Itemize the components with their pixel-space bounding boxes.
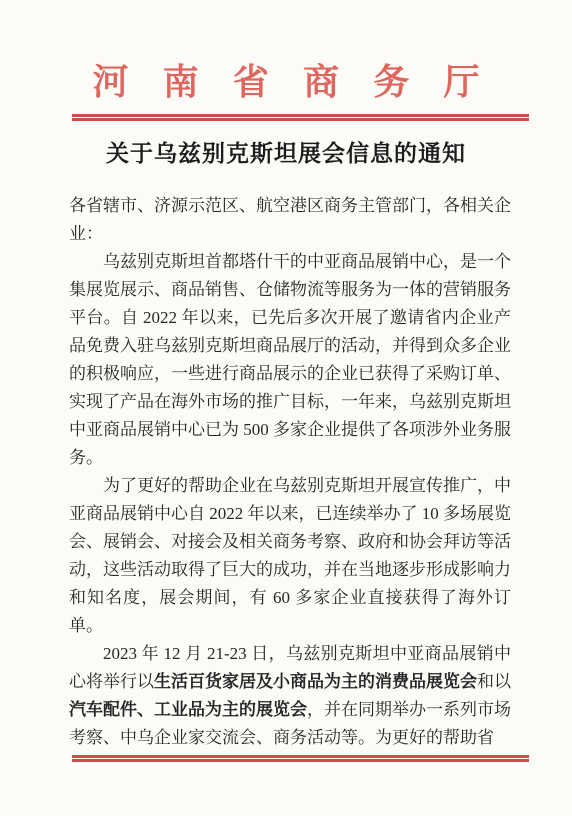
footer-double-rule xyxy=(72,755,529,762)
letterhead-rule-top xyxy=(72,114,529,117)
footer-rule-top xyxy=(72,755,529,758)
salutation-line: 各省辖市、济源示范区、航空港区商务主管部门，各相关企业： xyxy=(69,192,511,248)
paragraph-center-intro: 乌兹别克斯坦首都塔什干的中亚商品展销中心，是一个集展览展示、商品销售、仓储物流等… xyxy=(69,248,511,472)
letterhead-rule-bottom xyxy=(72,118,529,121)
connector-text: 和以 xyxy=(477,672,511,691)
document-title: 关于乌兹别克斯坦展会信息的通知 xyxy=(0,139,572,169)
paragraph-upcoming-exhibitions: 2023 年 12 月 21-23 日，乌兹别克斯坦中亚商品展销中心将举行以生活… xyxy=(69,640,511,752)
consumer-goods-exhibition-name: 生活百货家居及小商品为主的消费品展览会 xyxy=(154,672,477,691)
letterhead-agency-name: 河南省商务厅 xyxy=(0,60,572,104)
footer-rule-bottom xyxy=(72,759,529,762)
industrial-goods-exhibition-name: 汽车配件、工业品为主的展览会 xyxy=(69,700,307,719)
document-page: 河南省商务厅 关于乌兹别克斯坦展会信息的通知 各省辖市、济源示范区、航空港区商务… xyxy=(0,0,572,816)
document-body: 各省辖市、济源示范区、航空港区商务主管部门，各相关企业： 乌兹别克斯坦首都塔什干… xyxy=(69,192,511,752)
paragraph-promotion-results: 为了更好的帮助企业在乌兹别克斯坦开展宣传推广，中亚商品展销中心自 2022 年以… xyxy=(69,472,511,640)
letterhead-double-rule xyxy=(72,114,529,121)
